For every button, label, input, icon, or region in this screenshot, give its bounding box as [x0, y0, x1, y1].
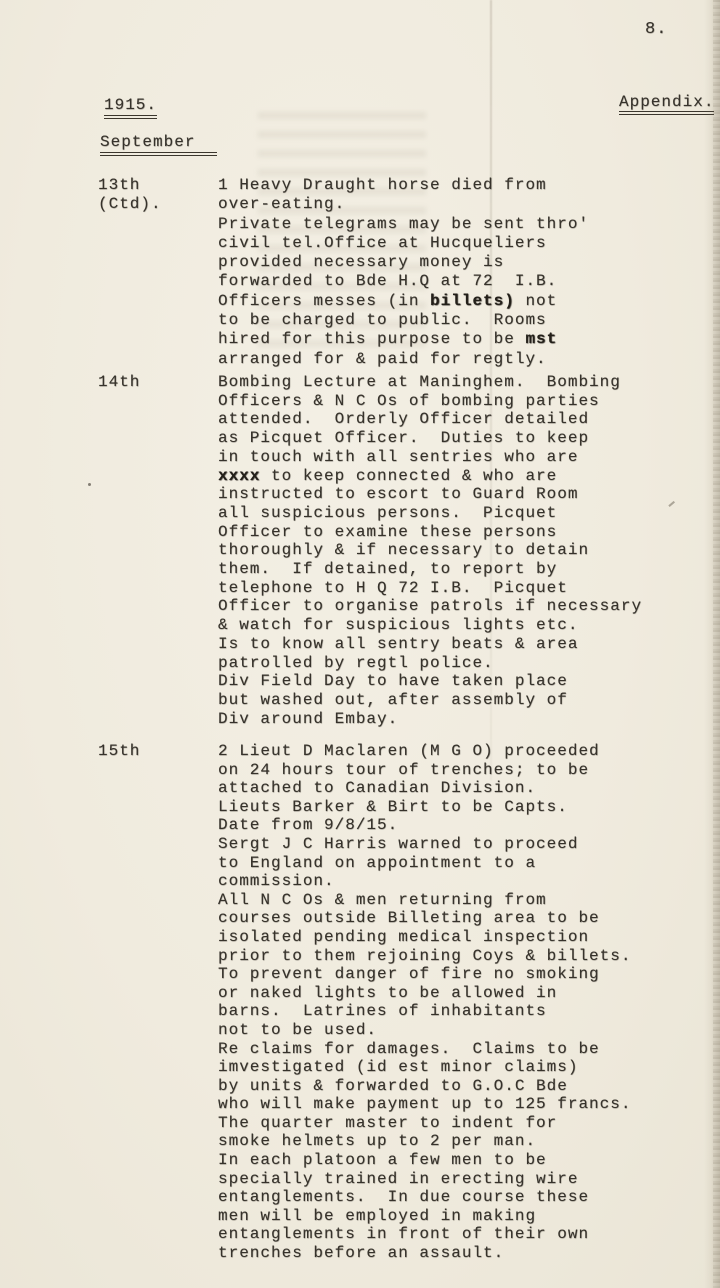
entry-date-label: 15th — [98, 742, 218, 761]
diary-line: prior to them rejoining Coys & billets. — [218, 947, 631, 966]
diary-line: Lieuts Barker & Birt to be Capts. — [218, 798, 631, 817]
diary-line: Officer to organise patrols if necessary — [218, 597, 642, 616]
diary-line: to be charged to public. Rooms — [218, 311, 589, 330]
diary-line: All N C Os & men returning from — [218, 891, 631, 910]
diary-line: patrolled by regtl police. — [218, 654, 642, 673]
diary-line: in touch with all sentries who are — [218, 448, 642, 467]
diary-line: To prevent danger of fire no smoking — [218, 965, 631, 984]
appendix-heading-text: Appendix. — [619, 93, 714, 115]
diary-line: by units & forwarded to G.O.C Bde — [218, 1077, 631, 1096]
diary-line: attended. Orderly Officer detailed — [218, 410, 642, 429]
entry-body: Bombing Lecture at Maninghem. BombingOff… — [218, 373, 642, 728]
overstrike-text: billets) — [430, 292, 515, 310]
diary-line: Div around Embay. — [218, 710, 642, 729]
diary-line: attached to Canadian Division. — [218, 779, 631, 798]
diary-line: smoke helmets up to 2 per man. — [218, 1132, 631, 1151]
year-heading: 1915. — [104, 96, 157, 119]
appendix-heading: Appendix. — [619, 93, 714, 115]
diary-line: specially trained in erecting wire — [218, 1170, 631, 1189]
diary-entry: 13th(Ctd).1 Heavy Draught horse died fro… — [98, 176, 589, 369]
diary-line: but washed out, after assembly of — [218, 691, 642, 710]
overstrike-text: mst — [525, 330, 557, 348]
diary-line: 1 Heavy Draught horse died from — [218, 176, 589, 195]
month-heading: September — [100, 133, 217, 156]
overstrike-text: xxxx — [218, 467, 260, 485]
document-page: 8. 1915. Appendix. September 13th(Ctd).1… — [0, 0, 720, 1288]
diary-line: 2 Lieut D Maclaren (M G O) proceeded — [218, 742, 631, 761]
diary-line: Officer to examine these persons — [218, 523, 642, 542]
stray-pencil-mark — [668, 501, 674, 507]
diary-line: who will make payment up to 125 francs. — [218, 1095, 631, 1114]
diary-line: entanglements. In due course these — [218, 1188, 631, 1207]
diary-line: Date from 9/8/15. — [218, 816, 631, 835]
month-heading-text: September — [100, 133, 217, 156]
diary-line: entanglements in front of their own — [218, 1225, 631, 1244]
page-number: 8. — [645, 20, 667, 39]
diary-line: The quarter master to indent for — [218, 1114, 631, 1133]
diary-line: instructed to escort to Guard Room — [218, 485, 642, 504]
diary-line: or naked lights to be allowed in — [218, 984, 631, 1003]
entry-date-column: 15th — [98, 742, 218, 761]
diary-entry: 15th2 Lieut D Maclaren (M G O) proceeded… — [98, 742, 631, 1263]
diary-line: courses outside Billeting area to be — [218, 909, 631, 928]
diary-line: provided necessary money is — [218, 253, 589, 272]
entry-date-label: (Ctd). — [98, 195, 218, 214]
diary-line: civil tel.Office at Hucqueliers — [218, 234, 589, 253]
diary-line: them. If detained, to report by — [218, 560, 642, 579]
diary-line: as Picquet Officer. Duties to keep — [218, 429, 642, 448]
entry-date-label: 14th — [98, 373, 218, 392]
diary-line: In each platoon a few men to be — [218, 1151, 631, 1170]
diary-line: all suspicious persons. Picquet — [218, 504, 642, 523]
diary-line: Re claims for damages. Claims to be — [218, 1040, 631, 1059]
diary-line: arranged for & paid for regtly. — [218, 350, 589, 369]
diary-line: not to be used. — [218, 1021, 631, 1040]
stray-ink-dot — [88, 483, 91, 486]
diary-line: over-eating. — [218, 195, 589, 214]
diary-line: men will be employed in making — [218, 1207, 631, 1226]
diary-line: telephone to H Q 72 I.B. Picquet — [218, 579, 642, 598]
diary-line: to England on appointment to a — [218, 854, 631, 873]
diary-line: barns. Latrines of inhabitants — [218, 1002, 631, 1021]
diary-line: Is to know all sentry beats & area — [218, 635, 642, 654]
entry-date-column: 14th — [98, 373, 218, 392]
diary-line: on 24 hours tour of trenches; to be — [218, 761, 631, 780]
diary-line: imvestigated (id est minor claims) — [218, 1058, 631, 1077]
diary-line: thoroughly & if necessary to detain — [218, 541, 642, 560]
diary-line: & watch for suspicious lights etc. — [218, 616, 642, 635]
diary-line: xxxx to keep connected & who are — [218, 467, 642, 486]
diary-line: Div Field Day to have taken place — [218, 672, 642, 691]
entry-body: 2 Lieut D Maclaren (M G O) proceededon 2… — [218, 742, 631, 1263]
diary-line: Private telegrams may be sent thro' — [218, 215, 589, 234]
diary-line: Bombing Lecture at Maninghem. Bombing — [218, 373, 642, 392]
diary-line: trenches before an assault. — [218, 1244, 631, 1263]
paper-edge-grain — [713, 0, 720, 1288]
year-heading-text: 1915. — [104, 96, 157, 119]
diary-line: Officers messes (in billets) not — [218, 292, 589, 311]
diary-line: isolated pending medical inspection — [218, 928, 631, 947]
diary-line: hired for this purpose to be mst — [218, 330, 589, 349]
diary-line: forwarded to Bde H.Q at 72 I.B. — [218, 272, 589, 291]
entry-body: 1 Heavy Draught horse died fromover-eati… — [218, 176, 589, 369]
diary-line: commission. — [218, 872, 631, 891]
diary-line: Sergt J C Harris warned to proceed — [218, 835, 631, 854]
entry-date-column: 13th(Ctd). — [98, 176, 218, 215]
entry-date-label: 13th — [98, 176, 218, 195]
diary-entry: 14thBombing Lecture at Maninghem. Bombin… — [98, 373, 642, 728]
diary-line: Officers & N C Os of bombing parties — [218, 392, 642, 411]
